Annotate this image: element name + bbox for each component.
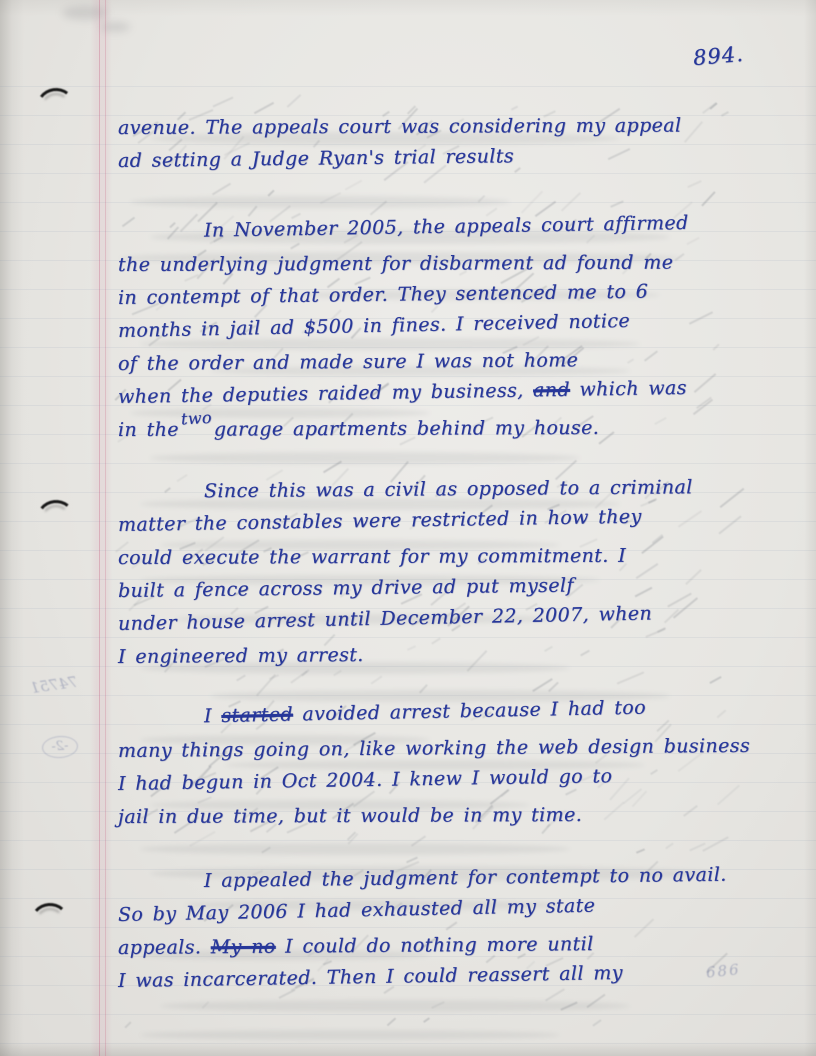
handwritten-line: ad setting a Judge Ryan's trial results bbox=[118, 137, 758, 178]
hole-punch bbox=[29, 902, 72, 945]
text-segment: In November 2005, the appeals court affi… bbox=[204, 212, 689, 242]
notebook-margin-line-2 bbox=[105, 0, 106, 1056]
text-segment: garage apartments behind my house. bbox=[214, 417, 599, 441]
text-segment: many things going on, like working the w… bbox=[118, 735, 750, 762]
handwritten-paragraph: I started avoided arrest because I had t… bbox=[118, 702, 758, 834]
text-segment: ad setting a Judge Ryan's trial results bbox=[118, 145, 514, 172]
text-segment: avoided arrest because I had too bbox=[293, 697, 646, 726]
text-segment: which was bbox=[570, 377, 687, 401]
text-segment: under house arrest until December 22, 20… bbox=[118, 602, 653, 635]
notebook-margin-band bbox=[90, 0, 112, 1056]
handwritten-paragraph: Since this was a civil as opposed to a c… bbox=[118, 476, 758, 674]
text-segment: I bbox=[204, 705, 222, 727]
text-segment: built a fence across my drive ad put mys… bbox=[118, 575, 574, 602]
text-segment: appeals. bbox=[118, 936, 211, 959]
text-segment: jail in due time, but it would be in my … bbox=[118, 804, 582, 828]
text-segment: I was incarcerated. Then I could reasser… bbox=[118, 962, 623, 992]
handwritten-line: In November 2005, the appeals court affi… bbox=[118, 206, 758, 249]
handwritten-line: I started avoided arrest because I had t… bbox=[118, 689, 759, 735]
strikethrough-text: My no bbox=[211, 936, 276, 959]
text-segment: avenue. The appeals court was considerin… bbox=[118, 115, 682, 139]
text-segment: I engineered my arrest. bbox=[118, 644, 364, 668]
handwritten-line: I engineered my arrest. bbox=[118, 636, 758, 674]
text-segment: I had begun in Oct 2004. I knew I would … bbox=[118, 765, 613, 795]
text-segment: I could do nothing more until bbox=[276, 933, 594, 958]
text-segment: could execute the warrant for my commitm… bbox=[118, 545, 626, 569]
strikethrough-text: and bbox=[533, 379, 570, 402]
text-segment: months in jail ad $500 in fines. I recei… bbox=[118, 310, 630, 342]
handwritten-paragraph: In November 2005, the appeals court affi… bbox=[118, 216, 758, 447]
text-segment: the underlying judgment for disbarment a… bbox=[118, 252, 673, 276]
notebook-margin-line bbox=[99, 0, 100, 1056]
text-segment: matter the constables were restricted in… bbox=[118, 506, 642, 536]
handwritten-paragraph: avenue. The appeals court was considerin… bbox=[118, 112, 758, 178]
handwritten-line: jail in due time, but it would be in my … bbox=[118, 798, 758, 834]
handwritten-paragraph: I appealed the judgment for contempt to … bbox=[118, 866, 758, 998]
strikethrough-text: started bbox=[221, 704, 293, 727]
text-segment: of the order and made sure I was not hom… bbox=[118, 349, 578, 375]
handwritten-text: avenue. The appeals court was considerin… bbox=[118, 0, 758, 1056]
bottom-bleed-mark: 686 bbox=[705, 960, 741, 982]
margin-bleed-note: 74751 bbox=[29, 673, 79, 697]
text-segment: So by May 2006 I had exhausted all my st… bbox=[118, 895, 596, 926]
scanned-page: 894. avenue. The appeals court was consi… bbox=[0, 0, 816, 1056]
scan-smudge bbox=[62, 6, 108, 20]
margin-circled-stamp: -2- bbox=[41, 735, 78, 759]
hole-punch bbox=[34, 498, 78, 542]
inserted-word-above-line: two bbox=[180, 401, 213, 436]
text-segment: Since this was a civil as opposed to a c… bbox=[204, 476, 693, 502]
text-segment: in contempt of that order. They sentence… bbox=[118, 281, 648, 309]
hole-punch bbox=[33, 85, 78, 130]
handwritten-line: in thetwogarage apartments behind my hou… bbox=[118, 411, 758, 447]
text-segment: in the bbox=[118, 419, 179, 441]
